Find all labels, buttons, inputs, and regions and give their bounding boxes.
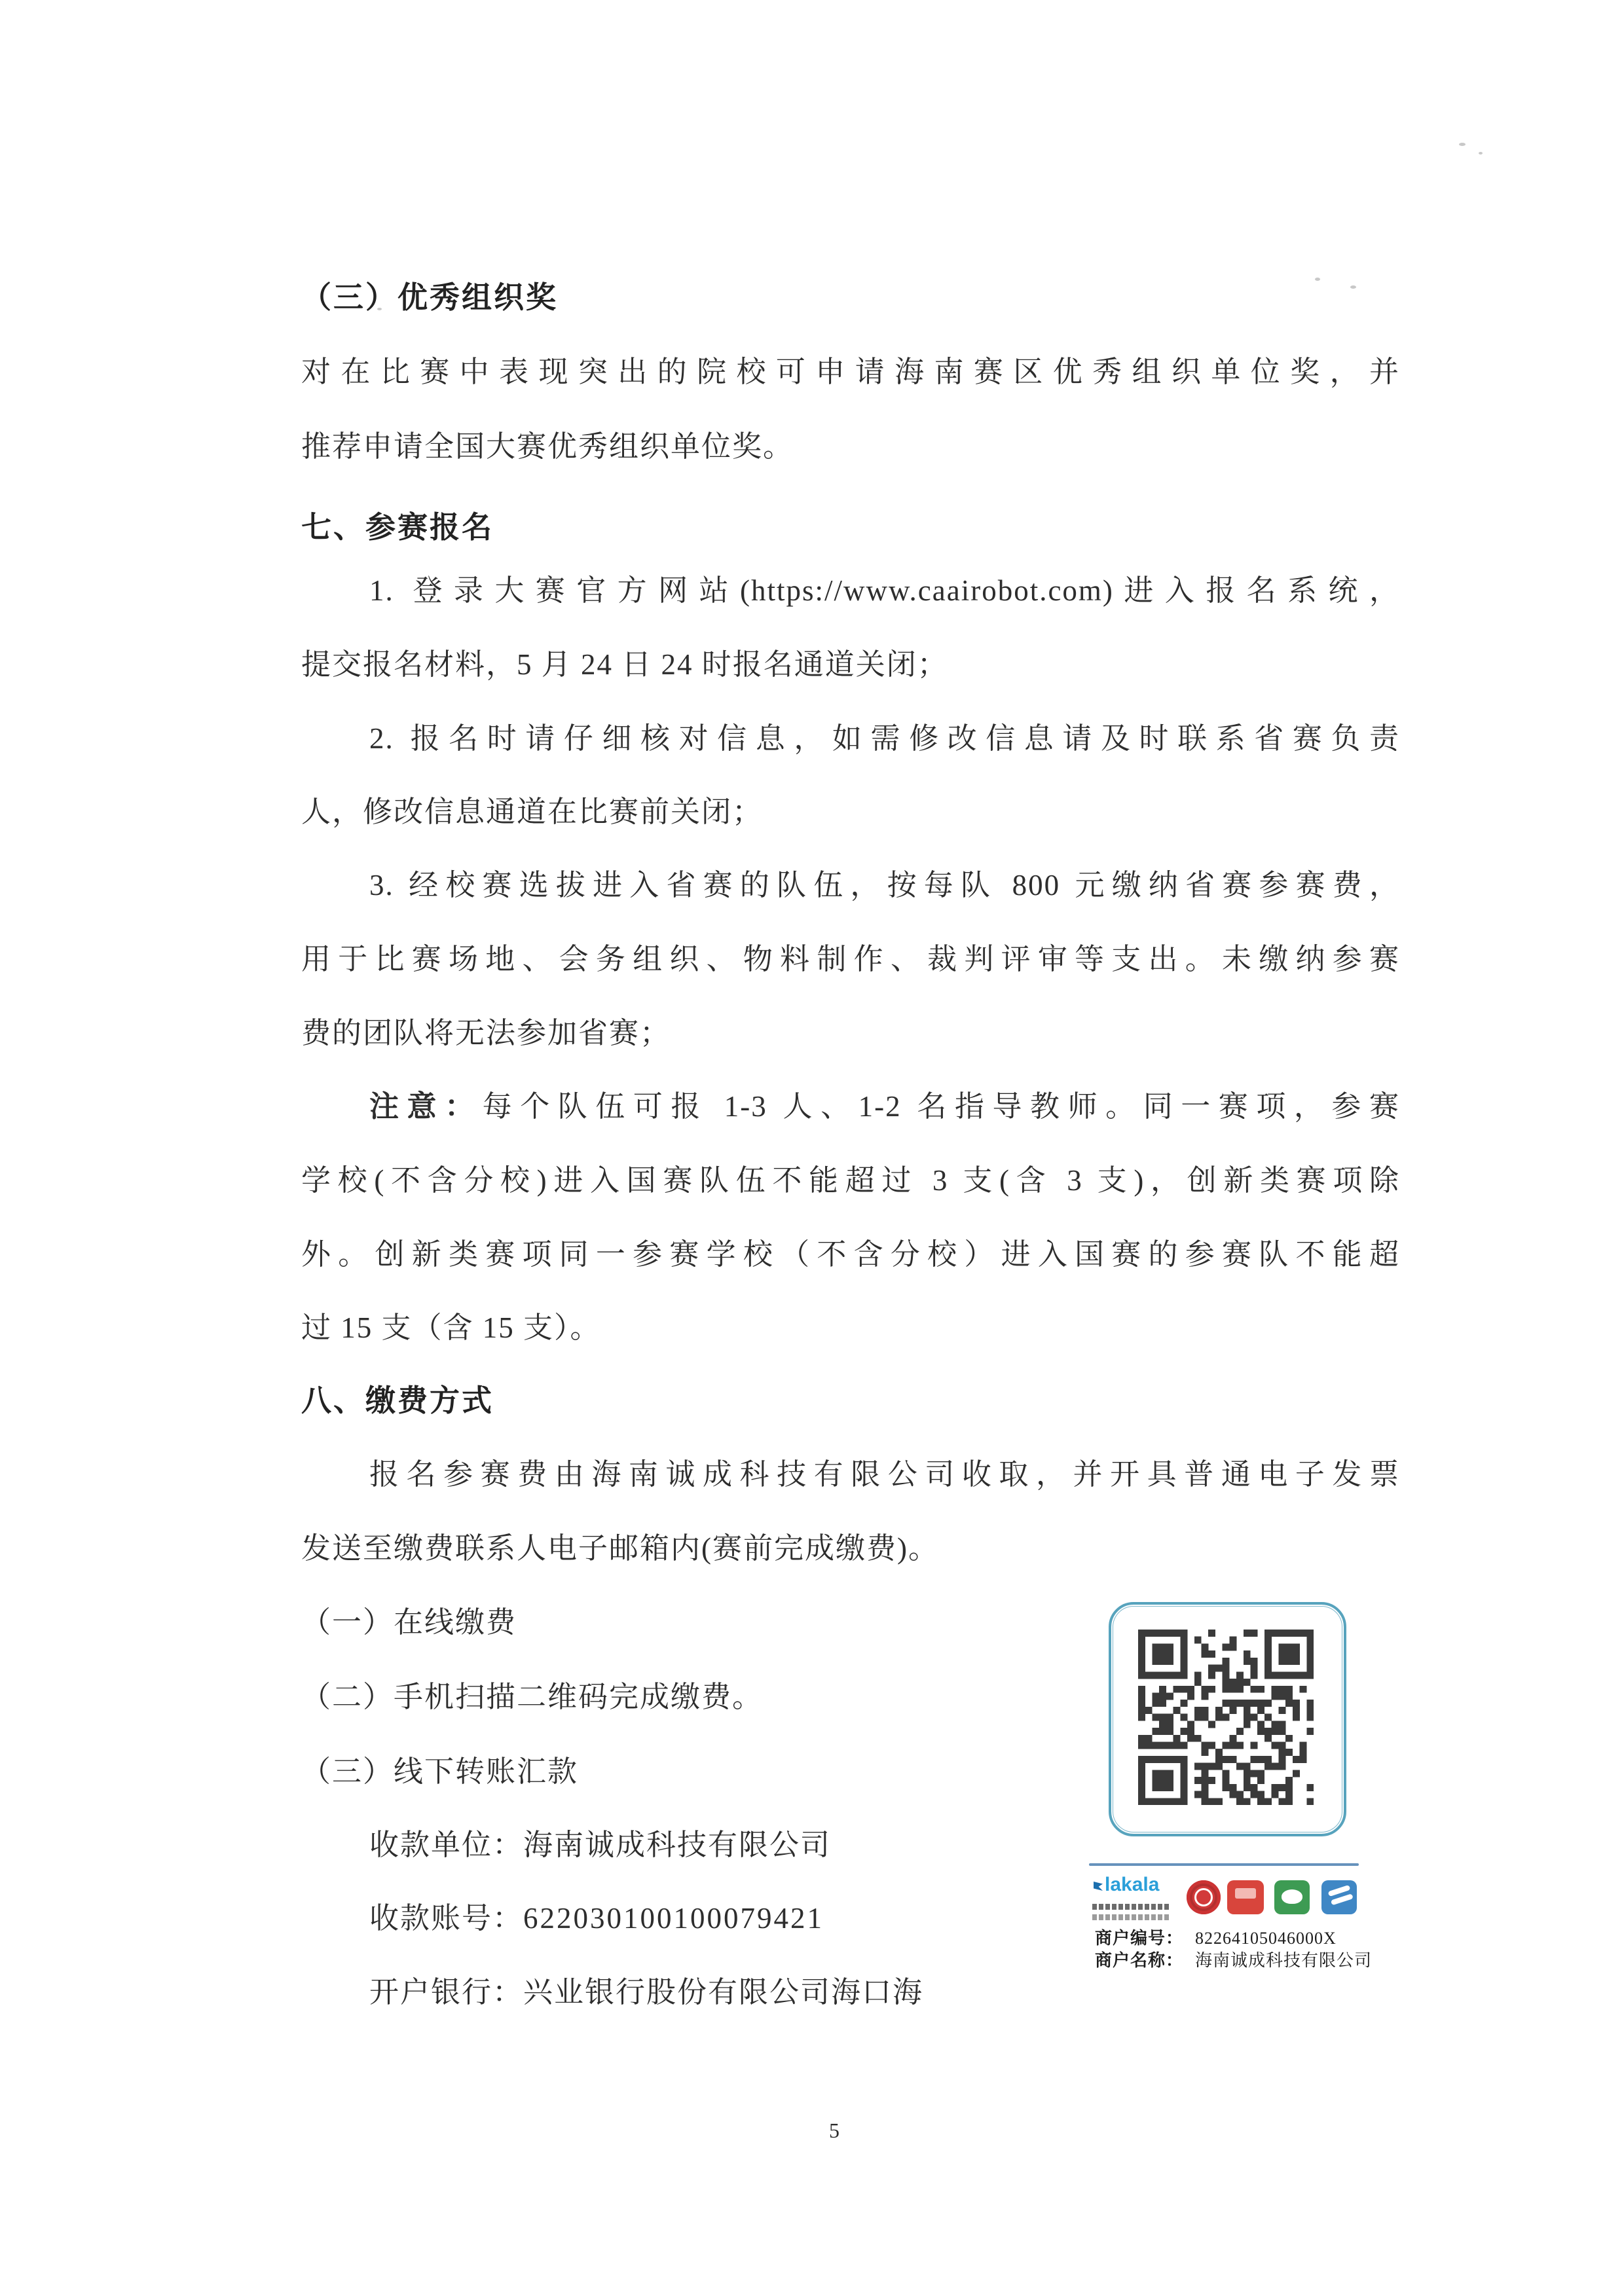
bank-account-label: 收款账号： [369, 1902, 523, 1935]
bank-payee-label: 收款单位： [369, 1829, 523, 1861]
list-item-3-line: 费的团队将无法参加省赛； [301, 1013, 1400, 1053]
scan-speck [1479, 152, 1483, 155]
payment-qr-code [1138, 1630, 1314, 1805]
bank-account-number: 622030100100079421 [523, 1902, 824, 1935]
note-line: 过 15 支（含 15 支）。 [301, 1308, 1400, 1347]
list-item-3-line: 用于比赛场地、会务组织、物料制作、裁判评审等支出。未缴纳参赛 [301, 939, 1400, 979]
bank-branch-label: 开户银行： [369, 1976, 523, 2009]
list-item-2-line: 人，修改信息通道在比赛前关闭； [301, 792, 1400, 831]
subsection-heading-excellent-org-award: （三）优秀组织奖 [301, 278, 1400, 318]
merchant-number-value: 82264105046000X [1195, 1929, 1337, 1948]
merchant-number-row: 商户编号：82264105046000X [1095, 1929, 1370, 1948]
scan-speck [1350, 285, 1356, 289]
note-line: 学校(不含分校)进入国赛队伍不能超过 3 支(含 3 支)，创新类赛项除 [301, 1161, 1400, 1200]
merchant-number-label: 商户编号： [1095, 1929, 1183, 1948]
note-line: 外。创新类赛项同一参赛学校（不含分校）进入国赛的参赛队不能超 [301, 1235, 1400, 1274]
divider-line [1089, 1863, 1359, 1866]
merchant-name-value: 海南诚成科技有限公司 [1195, 1951, 1372, 1970]
alipay-icon [1321, 1880, 1357, 1914]
list-item-1-line: 1. 登录大赛官方网站(https://www.caairobot.com)进入… [301, 571, 1400, 610]
section-heading-payment: 八、缴费方式 [301, 1381, 1400, 1421]
scan-speck [377, 308, 382, 310]
list-item-1-line: 提交报名材料，5 月 24 日 24 时报名通道关闭； [301, 645, 1400, 684]
section-heading-registration: 七、参赛报名 [301, 508, 1400, 547]
paragraph-line: 推荐申请全国大赛优秀组织单位奖。 [301, 427, 1400, 466]
bankcard-pay-icon [1227, 1880, 1264, 1914]
bank-branch-value: 兴业银行股份有限公司海口海 [523, 1976, 923, 2009]
bank-payee-value: 海南诚成科技有限公司 [523, 1829, 831, 1861]
list-item-3-line: 3. 经校赛选拔进入省赛的队伍，按每队 800 元缴纳省赛参赛费， [301, 866, 1400, 905]
merchant-name-row: 商户名称：海南诚成科技有限公司 [1095, 1951, 1370, 1971]
paragraph-text: 对在比赛中表现突出的院校可申请海南赛区优秀组织单位奖，并 [301, 355, 1400, 388]
note-line: 注意：每个队伍可报 1-3 人、1-2 名指导教师。同一赛项，参赛 [301, 1087, 1400, 1126]
lakala-tagline-smallprint [1092, 1904, 1170, 1910]
note-label: 注意： [369, 1090, 483, 1123]
bank-branch-line: 开户银行：兴业银行股份有限公司海口海 [301, 1973, 1400, 2012]
page-number: 5 [829, 2119, 840, 2143]
paragraph-line: 对在比赛中表现突出的院校可申请海南赛区优秀组织单位奖，并 [301, 352, 1400, 392]
wechat-pay-icon [1274, 1880, 1310, 1914]
lakala-logo-text: lakala [1105, 1874, 1159, 1895]
paragraph-line: 报名参赛费由海南诚成科技有限公司收取，并开具普通电子发票 [301, 1455, 1400, 1494]
scanned-document-page: { "page_number": "5", "colors": { "text"… [0, 0, 1624, 2296]
list-item-2-line: 2. 报名时请仔细核对信息，如需修改信息请及时联系省赛负责 [301, 719, 1400, 758]
scan-speck [1459, 143, 1466, 146]
unionpay-seal-icon [1187, 1880, 1221, 1914]
merchant-name-label: 商户名称： [1095, 1951, 1183, 1970]
lakala-logo-icon [1094, 1882, 1103, 1891]
lakala-tagline-smallprint [1092, 1914, 1170, 1920]
scan-speck [1315, 278, 1320, 281]
note-text: 每个队伍可报 1-3 人、1-2 名指导教师。同一赛项，参赛 [483, 1090, 1400, 1123]
lakala-logo: lakala [1094, 1874, 1172, 1896]
paragraph-line: 发送至缴费联系人电子邮箱内(赛前完成缴费)。 [301, 1529, 1400, 1568]
